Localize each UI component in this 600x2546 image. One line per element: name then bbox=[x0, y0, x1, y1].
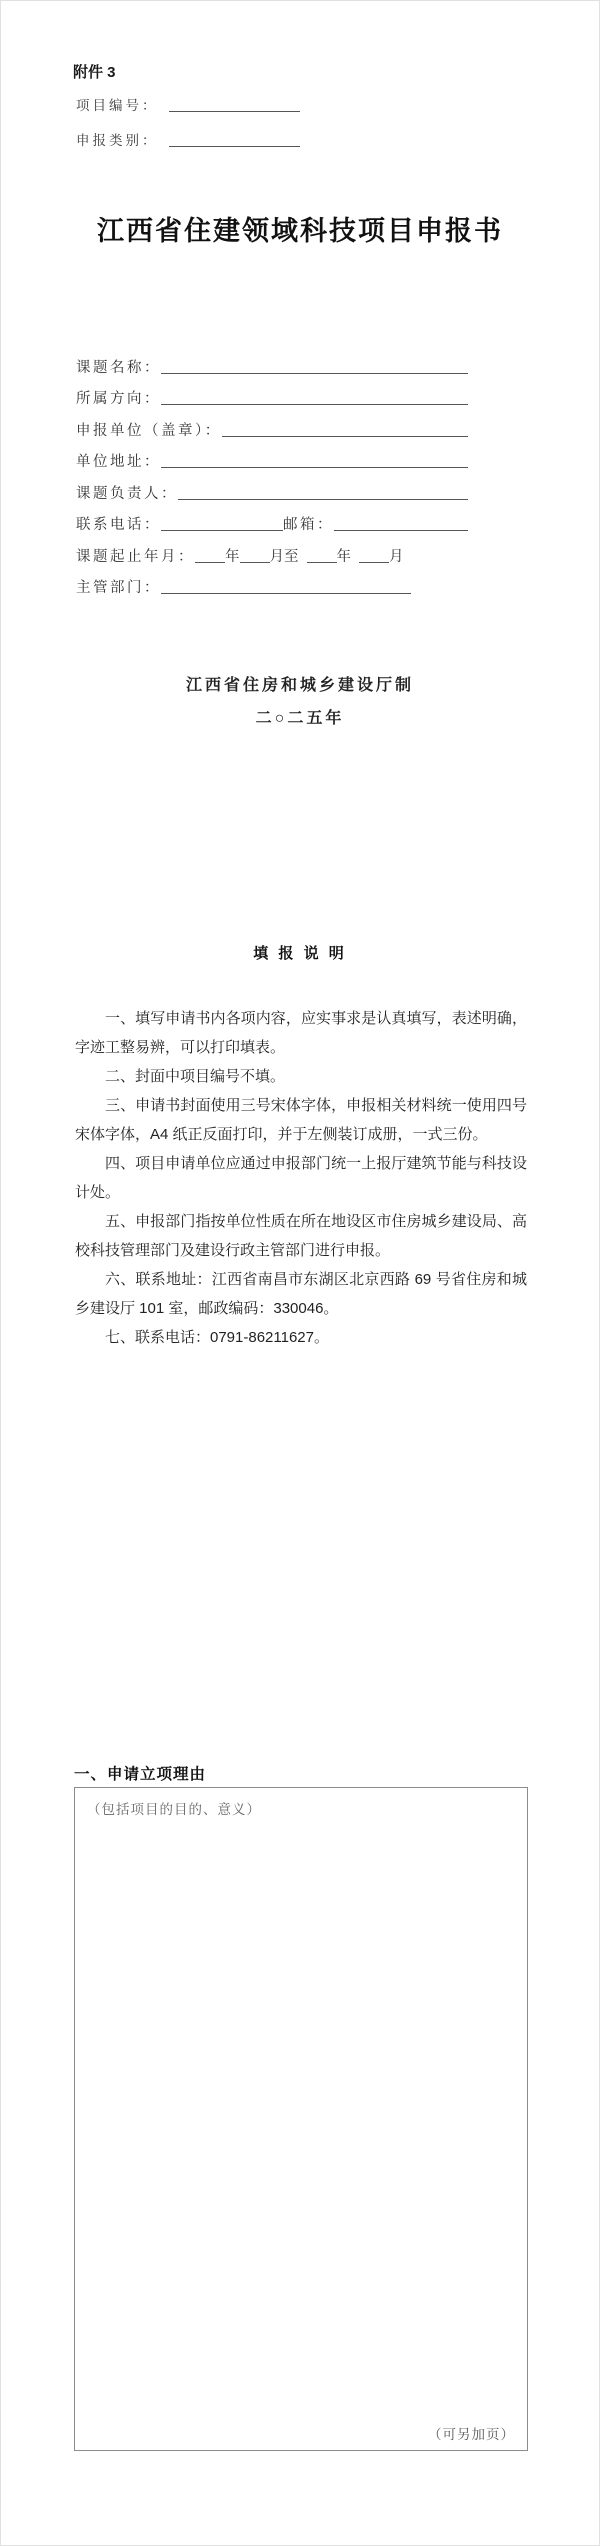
topic-name-label: 课题名称： bbox=[76, 356, 161, 377]
leader-row: 课题负责人： bbox=[76, 471, 468, 503]
unit-address-row: 单位地址： bbox=[76, 440, 468, 472]
instruction-item-6: 六、联系地址：江西省南昌市东湖区北京西路 69 号省住房和城乡建设厅 101 室… bbox=[75, 1265, 527, 1323]
direction-label: 所属方向： bbox=[76, 387, 161, 408]
instructions-body: 一、填写申请书内各项内容，应实事求是认真填写，表述明确，字迹工整易辨，可以打印填… bbox=[75, 1004, 527, 1352]
instruction-item-2: 二、封面中项目编号不填。 bbox=[75, 1062, 527, 1091]
topic-name-blank bbox=[161, 372, 468, 374]
document-title: 江西省住建领域科技项目申报书 bbox=[1, 209, 599, 248]
extra-page-note: （可另加页） bbox=[428, 2423, 515, 2443]
direction-blank bbox=[161, 403, 468, 405]
attachment-label: 附件 3 bbox=[73, 61, 116, 82]
applicant-unit-blank bbox=[222, 435, 468, 437]
category-label: 申报类别： bbox=[76, 129, 159, 149]
cover-fields: 课题名称： 所属方向： 申报单位（盖章）： 单位地址： 课题负责人： 联系电话：… bbox=[76, 345, 468, 597]
leader-label: 课题负责人： bbox=[76, 482, 178, 503]
start-year-unit: 年 bbox=[225, 545, 240, 566]
start-month-unit: 月至 bbox=[270, 545, 299, 566]
instruction-item-7: 七、联系电话：0791-86211627。 bbox=[75, 1323, 527, 1352]
email-label: 邮箱： bbox=[283, 513, 334, 534]
project-number-blank bbox=[169, 110, 300, 112]
project-number-row: 项目编号： bbox=[76, 94, 300, 114]
instruction-item-3: 三、申请书封面使用三号宋体字体，申报相关材料统一使用四号宋体字体，A4 纸正反面… bbox=[75, 1091, 527, 1149]
year-line: 二○二五年 bbox=[1, 705, 599, 728]
start-month-blank bbox=[240, 561, 270, 563]
unit-address-label: 单位地址： bbox=[76, 450, 161, 471]
category-blank bbox=[169, 145, 300, 147]
dept-row: 主管部门： bbox=[76, 566, 468, 598]
duration-row: 课题起止年月： 年 月至 年 月 bbox=[76, 534, 468, 566]
section1-hint: （包括项目的目的、意义） bbox=[87, 1798, 261, 1818]
start-year-blank bbox=[195, 561, 225, 563]
topic-name-row: 课题名称： bbox=[76, 345, 468, 377]
phone-blank bbox=[161, 529, 283, 531]
direction-row: 所属方向： bbox=[76, 377, 468, 409]
phone-label: 联系电话： bbox=[76, 513, 161, 534]
unit-address-blank bbox=[161, 466, 468, 468]
section1-heading: 一、申请立项理由 bbox=[74, 1762, 206, 1784]
end-month-unit: 月 bbox=[389, 545, 404, 566]
dept-label: 主管部门： bbox=[76, 576, 161, 597]
category-row: 申报类别： bbox=[76, 129, 300, 149]
email-blank bbox=[334, 529, 468, 531]
issuer-line: 江西省住房和城乡建设厅制 bbox=[1, 672, 599, 695]
instruction-item-4: 四、项目申请单位应通过申报部门统一上报厅建筑节能与科技设计处。 bbox=[75, 1149, 527, 1207]
dept-blank bbox=[161, 592, 411, 594]
instruction-item-1: 一、填写申请书内各项内容，应实事求是认真填写，表述明确，字迹工整易辨，可以打印填… bbox=[75, 1004, 527, 1062]
leader-blank bbox=[178, 498, 468, 500]
duration-label: 课题起止年月： bbox=[76, 545, 195, 566]
applicant-unit-row: 申报单位（盖章）： bbox=[76, 408, 468, 440]
application-form-page: 附件 3 项目编号： 申报类别： 江西省住建领域科技项目申报书 课题名称： 所属… bbox=[0, 0, 600, 2546]
instruction-item-5: 五、申报部门指按单位性质在所在地设区市住房城乡建设局、高校科技管理部门及建设行政… bbox=[75, 1207, 527, 1265]
section1-content-box: （包括项目的目的、意义） （可另加页） bbox=[74, 1787, 528, 2451]
end-year-blank bbox=[307, 561, 337, 563]
applicant-unit-label: 申报单位（盖章）： bbox=[76, 419, 222, 440]
project-number-label: 项目编号： bbox=[76, 94, 159, 114]
end-month-blank bbox=[359, 561, 389, 563]
phone-email-row: 联系电话： 邮箱： bbox=[76, 503, 468, 535]
end-year-unit: 年 bbox=[337, 545, 352, 566]
instructions-title: 填 报 说 明 bbox=[1, 942, 599, 963]
